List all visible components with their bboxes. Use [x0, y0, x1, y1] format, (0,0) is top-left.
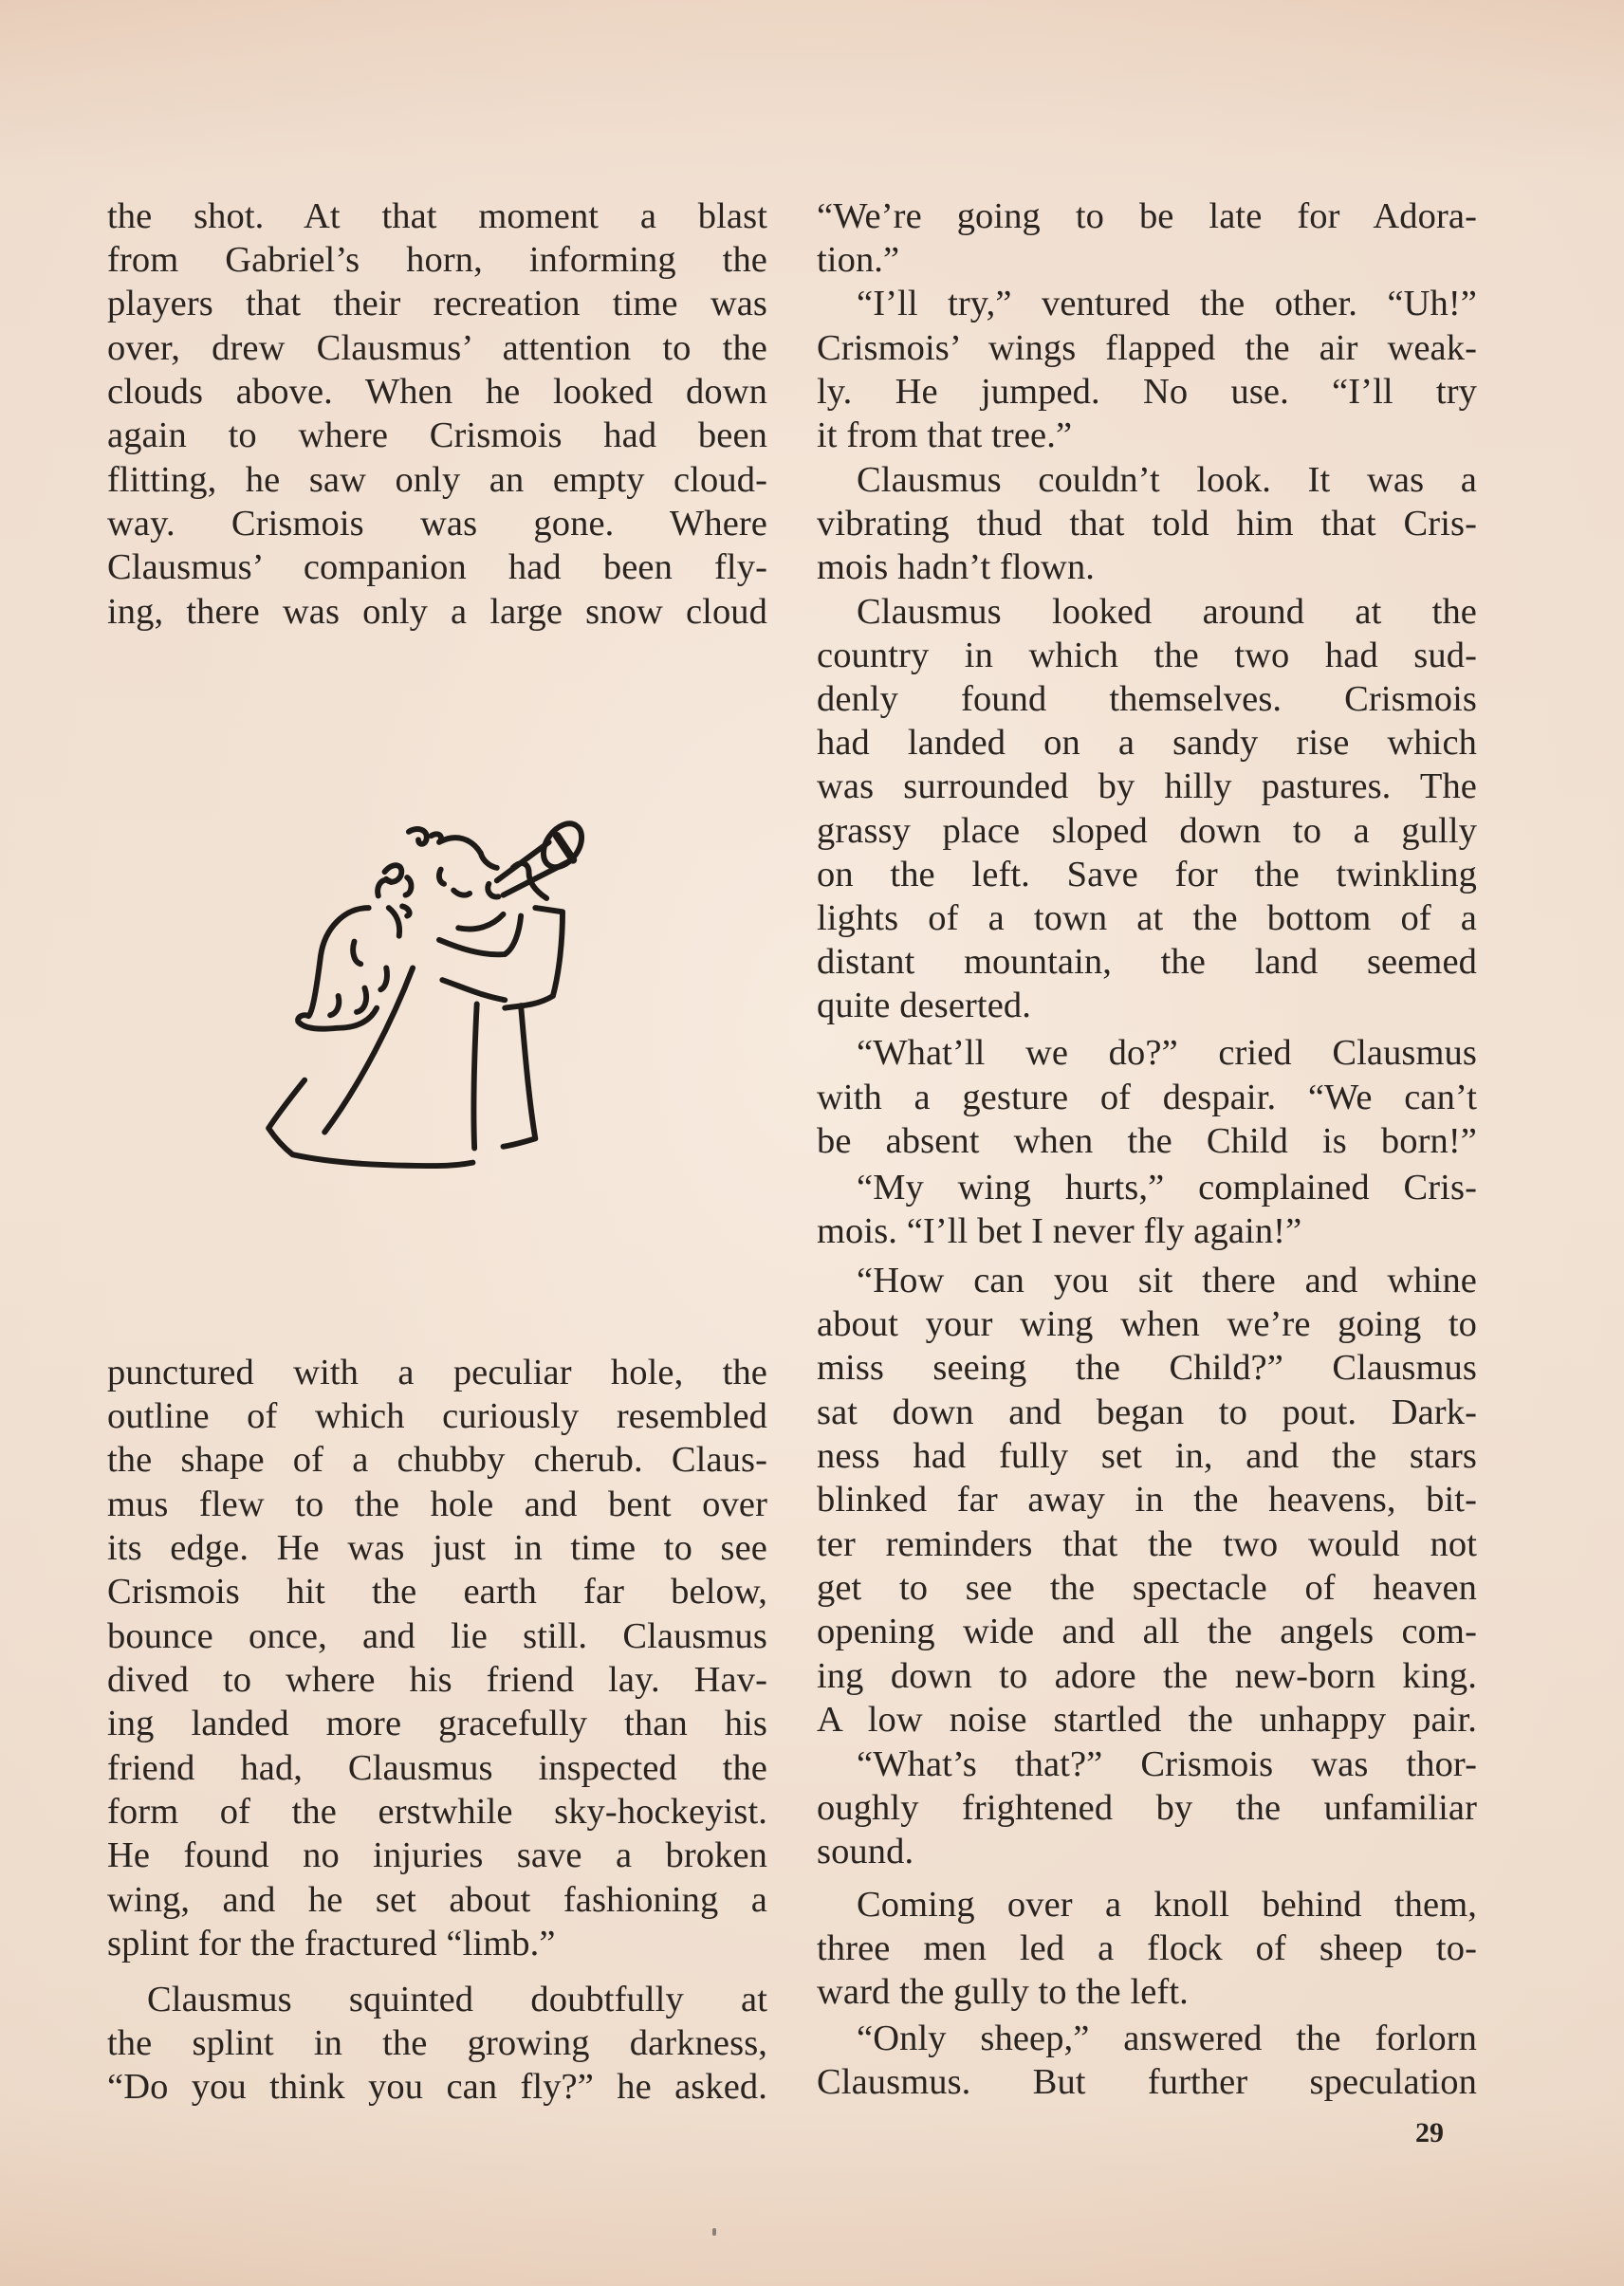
- text-line: vibrating thud that told him that Cris-: [817, 502, 1477, 545]
- angel-icon: [249, 778, 609, 1214]
- text-line: over, drew Clausmus’ attention to the: [107, 326, 767, 370]
- text-line: quite deserted.: [817, 984, 1477, 1027]
- text-line: with a gesture of despair. “We can’t: [817, 1076, 1477, 1119]
- text-line: “Only sheep,” answered the forlorn: [817, 2017, 1477, 2060]
- text-line: the shot. At that moment a blast: [107, 194, 767, 238]
- text-line: denly found themselves. Crismois: [817, 677, 1477, 721]
- text-line: it from that tree.”: [817, 414, 1477, 457]
- text-line: way. Crismois was gone. Where: [107, 502, 767, 545]
- text-line: mois hadn’t flown.: [817, 545, 1477, 589]
- text-line: about your wing when we’re going to: [817, 1302, 1477, 1346]
- text-line: Crismois’ wings flapped the air weak-: [817, 326, 1477, 370]
- text-line: Clausmus’ companion had been fly-: [107, 545, 767, 589]
- text-line: “Do you think you can fly?” he asked.: [107, 2065, 767, 2109]
- text-line: ing landed more gracefully than his: [107, 1702, 767, 1745]
- text-line: get to see the spectacle of heaven: [817, 1566, 1477, 1610]
- text-line: Crismois hit the earth far below,: [107, 1570, 767, 1613]
- text-line: A low noise startled the unhappy pair.: [817, 1698, 1477, 1742]
- text-line: opening wide and all the angels com-: [817, 1610, 1477, 1653]
- text-line: ter reminders that the two would not: [817, 1522, 1477, 1566]
- text-line: be absent when the Child is born!”: [817, 1119, 1477, 1163]
- text-line: lights of a town at the bottom of a: [817, 896, 1477, 940]
- text-line: He found no injuries save a broken: [107, 1834, 767, 1877]
- text-line: the shape of a chubby cherub. Claus-: [107, 1438, 767, 1482]
- text-line: bounce once, and lie still. Clausmus: [107, 1614, 767, 1658]
- text-line: distant mountain, the land seemed: [817, 940, 1477, 984]
- text-line: ing, there was only a large snow cloud: [107, 590, 767, 634]
- text-line: splint for the fractured “limb.”: [107, 1922, 767, 1965]
- text-line: on the left. Save for the twinkling: [817, 853, 1477, 896]
- text-line: clouds above. When he looked down: [107, 370, 767, 414]
- text-line: “What’ll we do?” cried Clausmus: [817, 1031, 1477, 1075]
- text-line: country in which the two had sud-: [817, 634, 1477, 677]
- text-line: Clausmus couldn’t look. It was a: [817, 458, 1477, 502]
- text-line: wing, and he set about fashioning a: [107, 1878, 767, 1922]
- text-line: dived to where his friend lay. Hav-: [107, 1658, 767, 1702]
- text-line: form of the erstwhile sky-hockeyist.: [107, 1790, 767, 1834]
- text-line: the splint in the growing darkness,: [107, 2021, 767, 2065]
- text-line: had landed on a sandy rise which: [817, 721, 1477, 765]
- text-line: grassy place sloped down to a gully: [817, 809, 1477, 853]
- text-line: Clausmus squinted doubtfully at: [107, 1978, 767, 2021]
- magazine-page: the shot. At that moment a blast from Ga…: [0, 0, 1624, 2286]
- text-line: ly. He jumped. No use. “I’ll try: [817, 370, 1477, 414]
- text-line: outline of which curiously resembled: [107, 1394, 767, 1438]
- text-line: “My wing hurts,” complained Cris-: [817, 1166, 1477, 1209]
- text-line: oughly frightened by the unfamiliar: [817, 1786, 1477, 1830]
- text-line: “How can you sit there and whine: [817, 1259, 1477, 1302]
- text-line: players that their recreation time was: [107, 282, 767, 325]
- text-line: tion.”: [817, 238, 1477, 282]
- text-line: sat down and began to pout. Dark-: [817, 1391, 1477, 1434]
- text-line: three men led a flock of sheep to-: [817, 1927, 1477, 1970]
- text-line: ing down to adore the new-born king.: [817, 1654, 1477, 1698]
- text-line: punctured with a peculiar hole, the: [107, 1351, 767, 1394]
- text-line: friend had, Clausmus inspected the: [107, 1746, 767, 1790]
- paper-speck: [712, 2228, 716, 2236]
- text-line: mus flew to the hole and bent over: [107, 1483, 767, 1526]
- text-line: Clausmus looked around at the: [817, 590, 1477, 634]
- text-line: “We’re going to be late for Adora-: [817, 194, 1477, 238]
- angel-with-horn-illustration: [249, 778, 609, 1214]
- text-line: ness had fully set in, and the stars: [817, 1434, 1477, 1478]
- text-line: ward the gully to the left.: [817, 1970, 1477, 2014]
- text-line: miss seeing the Child?” Clausmus: [817, 1346, 1477, 1390]
- page-number: 29: [1415, 2117, 1444, 2149]
- text-line: its edge. He was just in time to see: [107, 1526, 767, 1570]
- text-line: sound.: [817, 1830, 1477, 1873]
- text-line: again to where Crismois had been: [107, 414, 767, 457]
- text-line: from Gabriel’s horn, informing the: [107, 238, 767, 282]
- text-line: was surrounded by hilly pastures. The: [817, 765, 1477, 808]
- text-line: blinked far away in the heavens, bit-: [817, 1478, 1477, 1521]
- text-line: flitting, he saw only an empty cloud-: [107, 458, 767, 502]
- text-line: Clausmus. But further speculation: [817, 2060, 1477, 2104]
- text-line: Coming over a knoll behind them,: [817, 1883, 1477, 1927]
- text-line: mois. “I’ll bet I never fly again!”: [817, 1209, 1477, 1253]
- text-line: “What’s that?” Crismois was thor-: [817, 1742, 1477, 1786]
- text-line: “I’ll try,” ventured the other. “Uh!”: [817, 282, 1477, 325]
